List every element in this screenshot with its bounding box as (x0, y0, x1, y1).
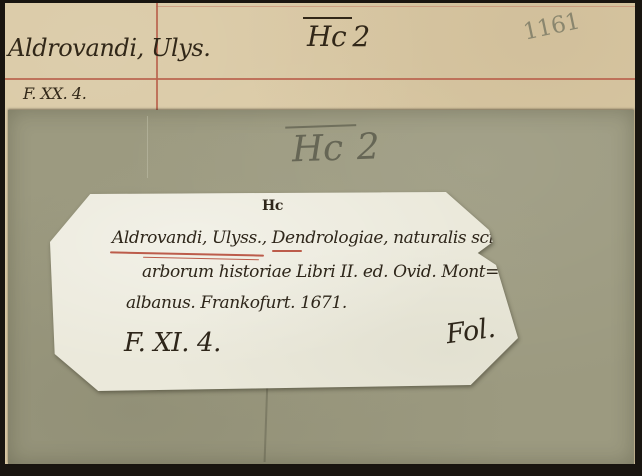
ruled-line-main-horizontal (5, 78, 635, 80)
red-underline-title-word (272, 250, 302, 252)
folder-crease (264, 380, 268, 462)
paper-label: Hc Aldrovandi, Ulyss., Dendrologiae, nat… (50, 192, 518, 392)
label-red-classmark: Hc (262, 198, 283, 214)
label-title-line-1: Aldrovandi, Ulyss., Dendrologiae, natura… (112, 228, 504, 248)
catalog-card-scan: Aldrovandi, Ulys. F. XX. 4. Hc2 1161 Hc2… (0, 0, 642, 476)
red-underline-author (110, 251, 264, 256)
ruled-line-top-horizontal (156, 6, 635, 7)
author-heading: Aldrovandi, Ulys. (8, 34, 211, 62)
label-shelfmark: F. XI. 4. (124, 328, 221, 358)
paste-label-wrapper: Hc Aldrovandi, Ulyss., Dendrologiae, nat… (50, 192, 518, 392)
classmark-number: 2 (352, 20, 369, 53)
old-shelfmark: F. XX. 4. (23, 84, 86, 103)
header-classmark: Hc2 (303, 20, 370, 53)
red-underline-author-second (143, 257, 259, 260)
label-title-line-2: arborum historiae Libri II. ed. Ovid. Mo… (142, 262, 499, 282)
label-title-line-3: albanus. Frankofurt. 1671. (126, 293, 347, 313)
folder-pencil-classmark: Hc2 (285, 126, 380, 170)
folder-classmark-overlined-base: Hc (285, 124, 357, 170)
folder-scratch-mark (147, 116, 148, 178)
label-format: Fol. (444, 313, 497, 351)
classmark-overlined-base: Hc (303, 17, 352, 53)
folder-classmark-number: 2 (356, 126, 380, 168)
